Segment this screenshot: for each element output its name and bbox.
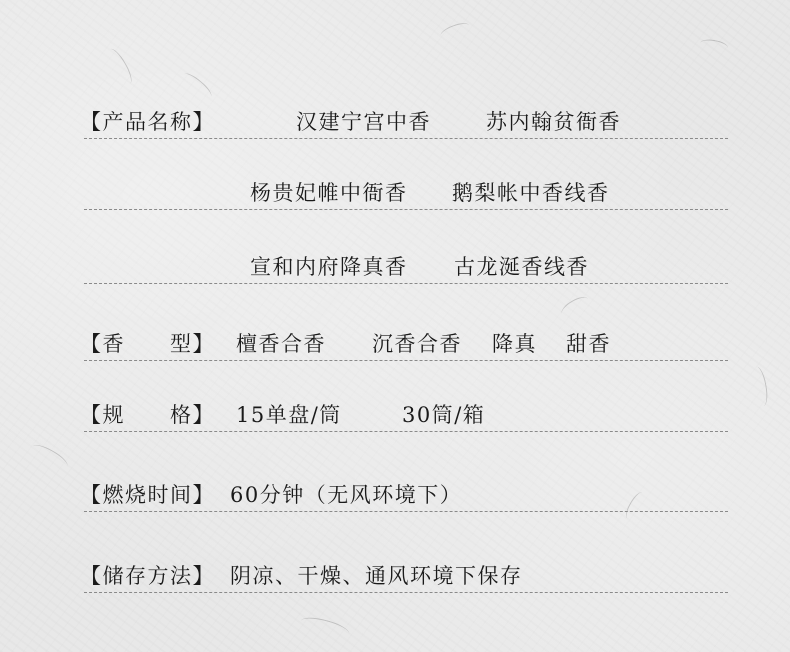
- product-name-5: 宣和内府降真香: [250, 255, 408, 279]
- storage-row: 【储存方法】 阴凉、干燥、通风环境下保存: [84, 562, 728, 593]
- product-name-6: 古龙涎香线香: [454, 255, 589, 279]
- product-name-2: 苏内翰贫衙香: [486, 110, 621, 134]
- incense-type-4: 甜香: [566, 332, 611, 356]
- specification-2: 30筒/箱: [402, 403, 485, 427]
- product-name-1: 汉建宁宫中香: [296, 110, 431, 134]
- incense-type-1: 檀香合香: [236, 332, 326, 356]
- specification-1: 15单盘/筒: [236, 403, 342, 427]
- specification-label: 【规 格】: [80, 403, 215, 427]
- storage-label: 【储存方法】: [80, 564, 215, 588]
- product-name-row-2: 杨贵妃帷中衙香 鹅梨帐中香线香: [84, 179, 728, 210]
- paper-background: [0, 0, 790, 652]
- product-name-row: 【产品名称】 汉建宁宫中香 苏内翰贫衙香: [84, 108, 728, 139]
- burn-time-label: 【燃烧时间】: [80, 483, 215, 507]
- incense-type-3: 降真: [492, 332, 537, 356]
- incense-type-label: 【香 型】: [80, 332, 215, 356]
- product-name-4: 鹅梨帐中香线香: [452, 181, 610, 205]
- incense-type-2: 沉香合香: [372, 332, 462, 356]
- product-name-label: 【产品名称】: [80, 110, 215, 134]
- specification-row: 【规 格】 15单盘/筒 30筒/箱: [84, 401, 728, 432]
- product-name-3: 杨贵妃帷中衙香: [250, 181, 408, 205]
- incense-type-row: 【香 型】 檀香合香 沉香合香 降真 甜香: [84, 330, 728, 361]
- storage-value: 阴凉、干燥、通风环境下保存: [230, 564, 523, 588]
- product-name-row-3: 宣和内府降真香 古龙涎香线香: [84, 253, 728, 284]
- burn-time-value: 60分钟（无风环境下）: [230, 483, 462, 507]
- burn-time-row: 【燃烧时间】 60分钟（无风环境下）: [84, 481, 728, 512]
